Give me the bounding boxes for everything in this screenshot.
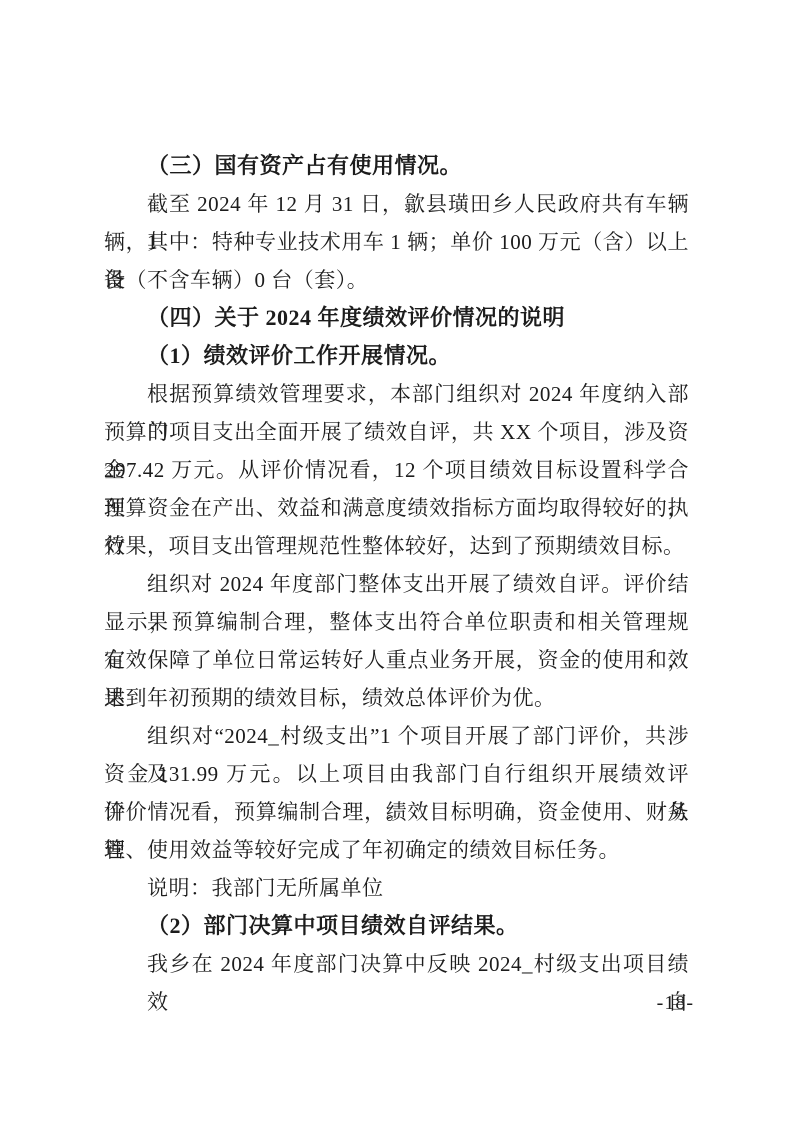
text-line: 评价情况看，预算编制合理，绩效目标明确，资金使用、财务管 [104,793,689,831]
text-line: 理、使用效益等较好完成了年初确定的绩效目标任务。 [104,831,689,869]
heading-line: （1）绩效评价工作开展情况。 [104,337,689,375]
text-line: 我乡在 2024 年度部门决算中反映 2024_村级支出项目绩效自 [104,945,689,983]
text-line: 预算资金在产出、效益和满意度绩效指标方面均取得较好的执行 [104,489,689,527]
text-line: 显示，预算编制合理，整体支出符合单位职责和相关管理规定， [104,603,689,641]
text-line: 备（不含车辆）0 台（套）。 [104,261,689,299]
heading-line: （三）国有资产占有使用情况。 [104,147,689,185]
document-page: （三）国有资产占有使用情况。截至 2024 年 12 月 31 日，歙县璜田乡人… [0,0,793,1122]
text-line: 资金 131.99 万元。以上项目由我部门自行组织开展绩效评价。从 [104,755,689,793]
text-line: 297.42 万元。从评价情况看，12 个项目绩效目标设置科学合理， [104,451,689,489]
text-line: 有效保障了单位日常运转好人重点业务开展，资金的使用和效果 [104,641,689,679]
text-line: 截至 2024 年 12 月 31 日，歙县璜田乡人民政府共有车辆 1 [104,185,689,223]
text-line: 组织对 2024 年度部门整体支出开展了绩效自评。评价结果 [104,565,689,603]
text-line: 说明：我部门无所属单位 [104,869,689,907]
text-line: 达到年初预期的绩效目标，绩效总体评价为优。 [104,679,689,717]
text-block: （三）国有资产占有使用情况。截至 2024 年 12 月 31 日，歙县璜田乡人… [104,147,689,983]
text-line: 根据预算绩效管理要求，本部门组织对 2024 年度纳入部门 [104,375,689,413]
page-number: -18- [657,991,694,1015]
text-line: 辆，其中：特种专业技术用车 1 辆；单价 100 万元（含）以上设 [104,223,689,261]
text-line: 组织对“2024_村级支出”1 个项目开展了部门评价，共涉及 [104,717,689,755]
heading-line: （2）部门决算中项目绩效自评结果。 [104,907,689,945]
text-line: 预算的项目支出全面开展了绩效自评，共 XX 个项目，涉及资金 [104,413,689,451]
heading-line: （四）关于 2024 年度绩效评价情况的说明 [104,299,689,337]
text-line: 效果，项目支出管理规范性整体较好，达到了预期绩效目标。 [104,527,689,565]
